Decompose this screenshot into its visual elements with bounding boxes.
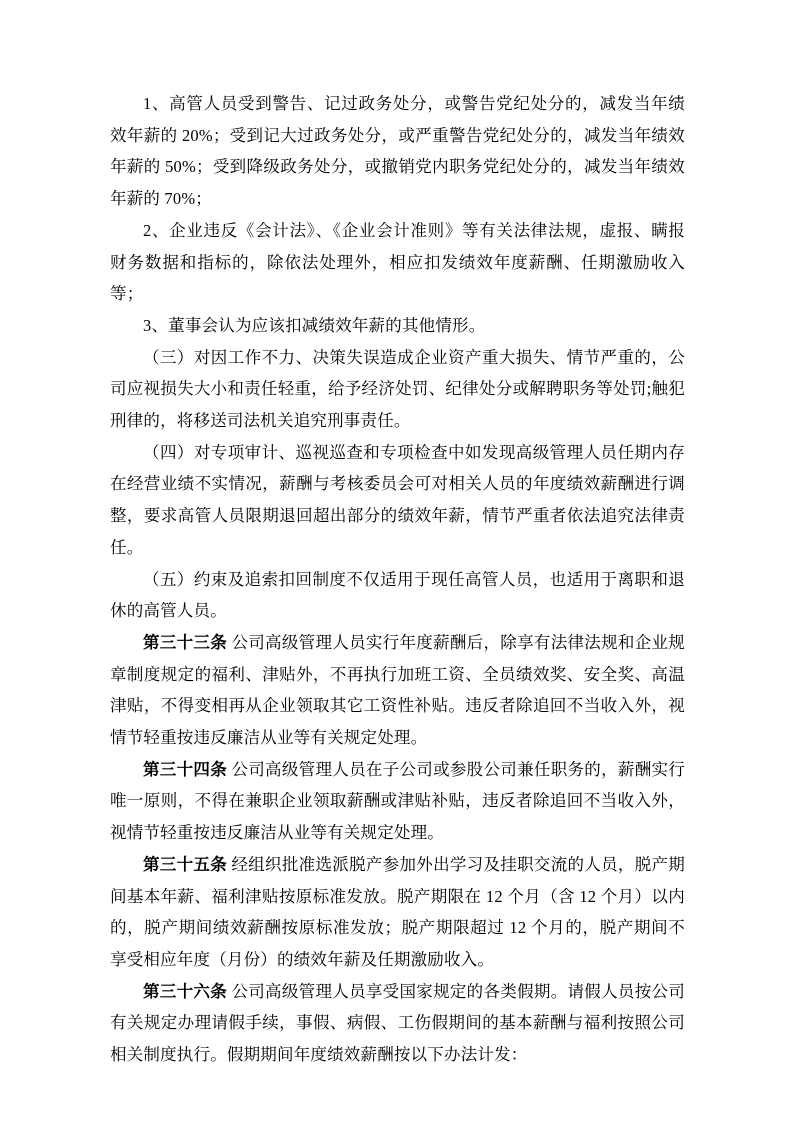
article-number: 第三十六条 (143, 982, 231, 1001)
paragraph-text: 2、企业违反《会计法》、《企业会计准则》等有关法律法规，虚报、瞒报财务数据和指标… (110, 221, 685, 303)
paragraph-article-35: 第三十五条经组织批准选派脱产参加外出学习及挂职交流的人员，脱产期间基本年薪、福利… (110, 849, 685, 976)
paragraph-item-4: （四）对专项审计、巡视巡查和专项检查中如发现高级管理人员任期内存在经营业绩不实情… (110, 437, 685, 564)
article-number: 第三十五条 (143, 855, 231, 874)
paragraph-text: （三）对因工作不力、决策失误造成企业资产重大损失、情节严重的，公司应视损失大小和… (110, 348, 685, 430)
paragraph-penalty-clause-3: 3、董事会认为应该扣减绩效年薪的其他情形。 (110, 310, 685, 342)
paragraph-item-3: （三）对因工作不力、决策失误造成企业资产重大损失、情节严重的，公司应视损失大小和… (110, 342, 685, 437)
paragraph-penalty-clause-2: 2、企业违反《会计法》、《企业会计准则》等有关法律法规，虚报、瞒报财务数据和指标… (110, 215, 685, 310)
paragraph-article-36: 第三十六条公司高级管理人员享受国家规定的各类假期。请假人员按公司有关规定办理请假… (110, 976, 685, 1071)
document-body: 1、高管人员受到警告、记过政务处分，或警告党纪处分的，减发当年绩效年薪的 20%… (110, 88, 685, 1071)
paragraph-text: （五）约束及追索扣回制度不仅适用于现任高管人员，也适用于离职和退休的高管人员。 (110, 570, 685, 621)
paragraph-text: （四）对专项审计、巡视巡查和专项检查中如发现高级管理人员任期内存在经营业绩不实情… (110, 443, 685, 557)
paragraph-text: 3、董事会认为应该扣减绩效年薪的其他情形。 (143, 316, 485, 335)
paragraph-text: 1、高管人员受到警告、记过政务处分，或警告党纪处分的，减发当年绩效年薪的 20%… (110, 94, 685, 208)
article-number: 第三十四条 (143, 760, 231, 779)
article-number: 第三十三条 (143, 633, 231, 652)
paragraph-article-33: 第三十三条公司高级管理人员实行年度薪酬后，除享有法律法规和企业规章制度规定的福利… (110, 627, 685, 754)
paragraph-item-5: （五）约束及追索扣回制度不仅适用于现任高管人员，也适用于离职和退休的高管人员。 (110, 564, 685, 627)
document-page: 1、高管人员受到警告、记过政务处分，或警告党纪处分的，减发当年绩效年薪的 20%… (0, 0, 793, 1122)
paragraph-article-34: 第三十四条公司高级管理人员在子公司或参股公司兼任职务的，薪酬实行唯一原则，不得在… (110, 754, 685, 849)
paragraph-penalty-clause-1: 1、高管人员受到警告、记过政务处分，或警告党纪处分的，减发当年绩效年薪的 20%… (110, 88, 685, 215)
